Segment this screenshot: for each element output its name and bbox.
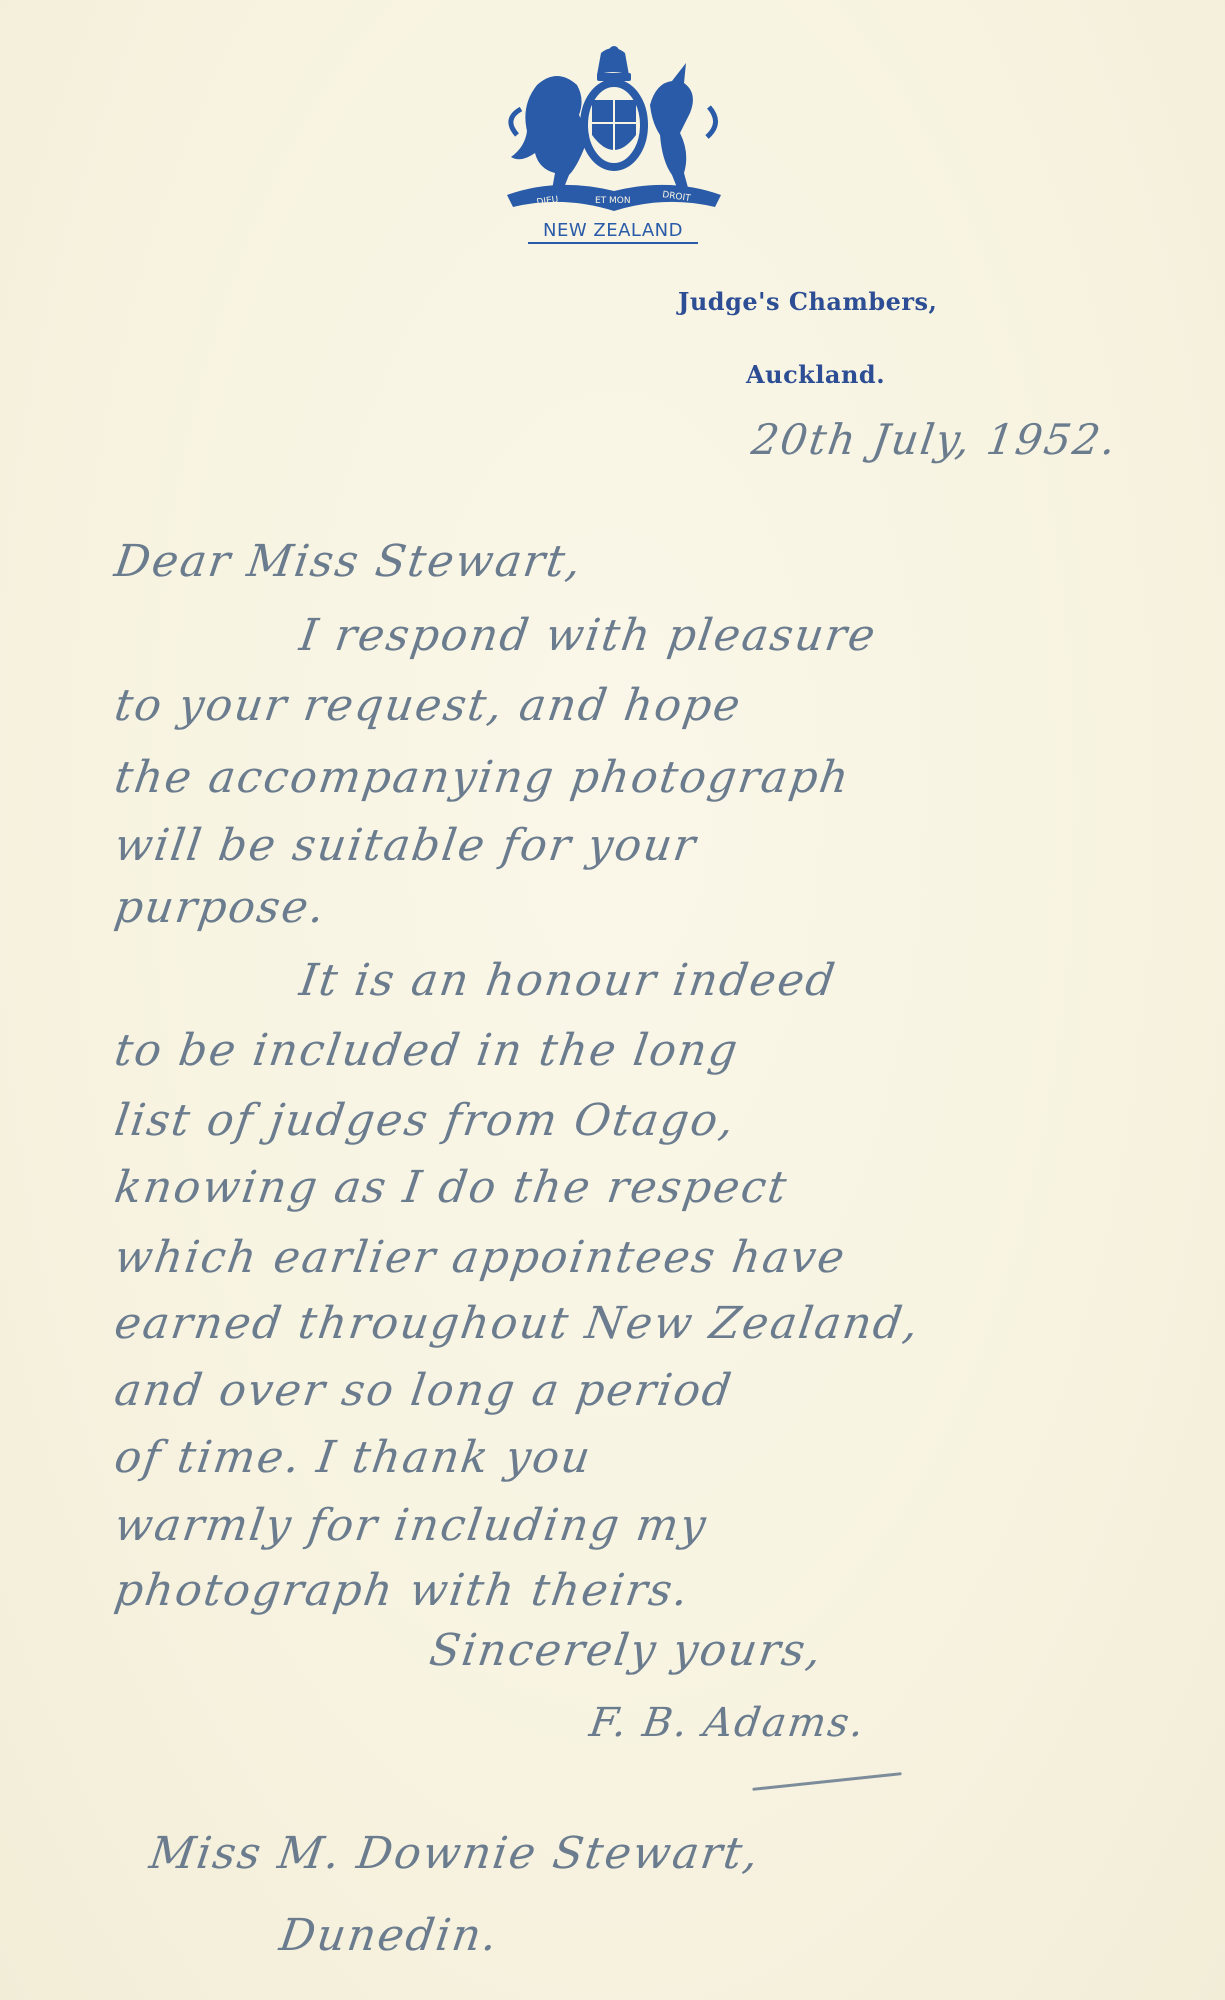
body-line: list of judges from Otago,	[111, 1095, 738, 1146]
body-line: warmly for including my	[111, 1500, 710, 1551]
recipient-city: Dunedin.	[276, 1910, 502, 1961]
letter-page: DIEU ET MON DROIT NEW ZEALAND Judge's Ch…	[0, 0, 1225, 2000]
body-line: of time. I thank you	[111, 1432, 595, 1483]
recipient-name: Miss M. Downie Stewart,	[146, 1828, 763, 1879]
body-line: knowing as I do the respect	[111, 1162, 791, 1213]
body-line: to be included in the long	[111, 1025, 742, 1076]
body-line: and over so long a period	[111, 1365, 736, 1416]
office-heading: Judge's Chambers,	[678, 287, 937, 316]
body-line: It is an honour indeed	[296, 955, 839, 1006]
signature-underline	[752, 1772, 901, 1791]
closing: Sincerely yours,	[426, 1625, 826, 1676]
body-line: I respond with pleasure	[296, 610, 880, 661]
body-line: photograph with theirs.	[111, 1565, 693, 1616]
country-label: NEW ZEALAND	[528, 220, 698, 244]
signature: F. B. Adams.	[587, 1700, 869, 1746]
body-line: will be suitable for your	[111, 820, 700, 871]
letter-date: 20th July, 1952.	[749, 415, 1121, 464]
body-line: earned throughout New Zealand,	[111, 1298, 923, 1349]
body-line: which earlier appointees have	[111, 1232, 849, 1283]
body-line: purpose.	[111, 882, 329, 933]
body-line: to your request, and hope	[111, 680, 745, 731]
royal-coat-of-arms-icon: DIEU ET MON DROIT	[497, 45, 730, 215]
salutation: Dear Miss Stewart,	[111, 536, 585, 587]
svg-text:DIEU: DIEU	[536, 195, 559, 208]
body-line: the accompanying photograph	[111, 752, 853, 803]
svg-text:ET MON: ET MON	[595, 196, 631, 206]
city-heading: Auckland.	[746, 360, 885, 389]
